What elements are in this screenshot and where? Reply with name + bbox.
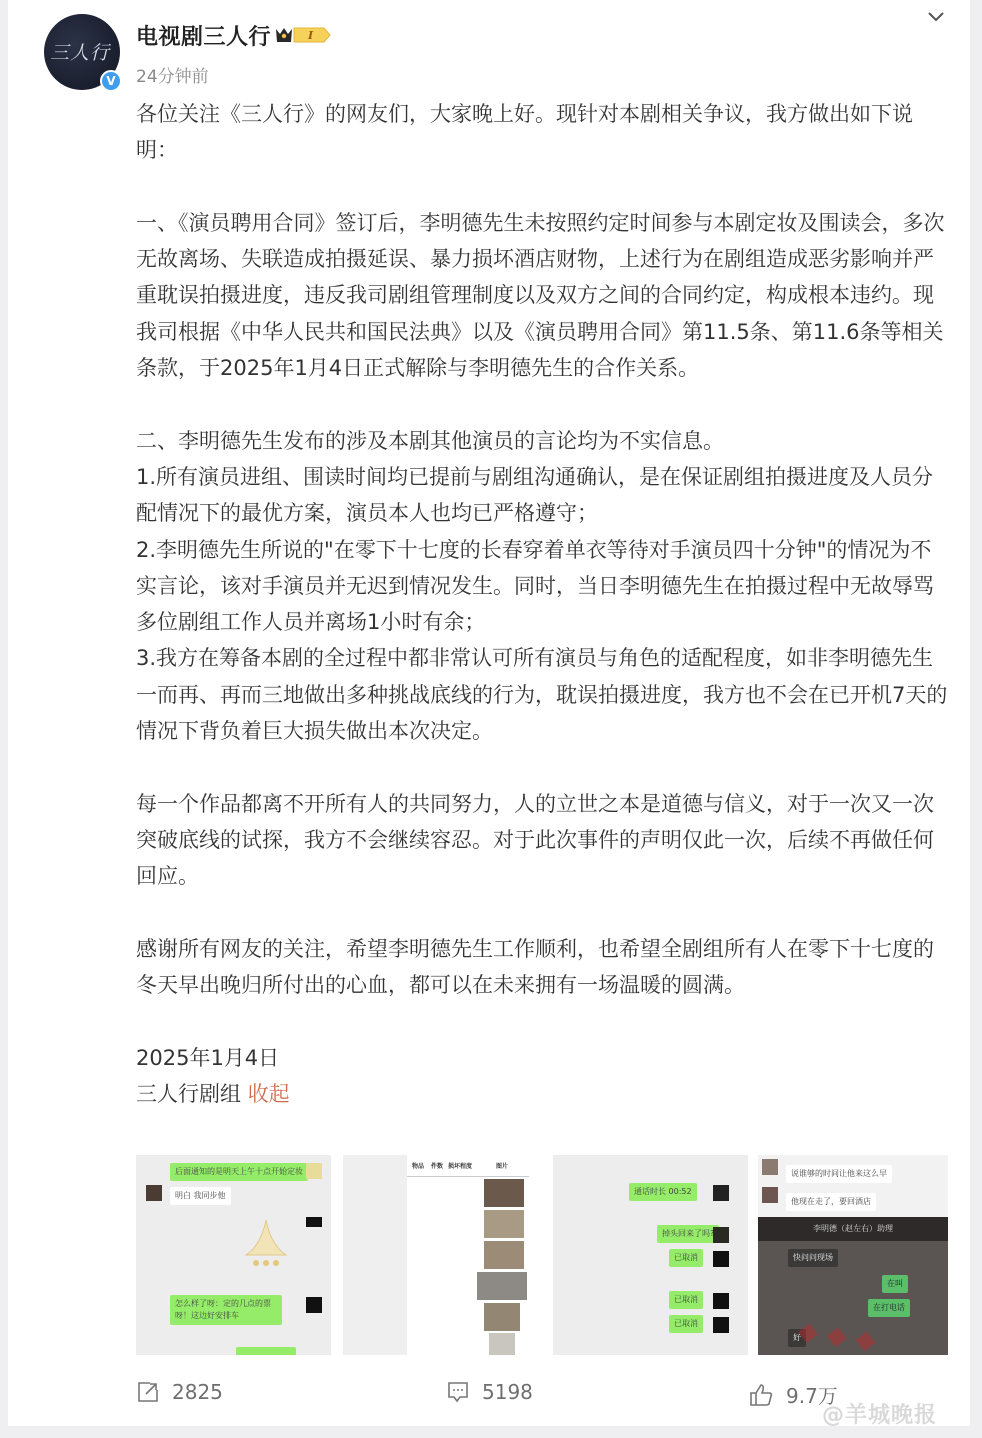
chat-bubble: 说谁够的时间让他来这么早 — [786, 1165, 892, 1183]
collapse-link[interactable]: 收起 — [248, 1082, 290, 1106]
repost-button[interactable]: 2825 — [136, 1380, 223, 1404]
damage-photo — [484, 1303, 520, 1331]
paragraph-section-two-heading: 二、李明德先生发布的涉及本剧其他演员的言论均为不实信息。 — [136, 423, 948, 459]
chevron-down-icon[interactable] — [926, 10, 946, 24]
thumbs-up-icon — [748, 1382, 774, 1408]
image-thumbnail-4[interactable]: 说谁够的时间让他来这么早 他现在走了，要回酒店 李明德（赵左右）助理 快问问现场… — [758, 1155, 948, 1355]
dark-chat-screenshot: 李明德（赵左右）助理 快问问现场 在叫 在打电话 好 ◆ ◆ ◆ — [758, 1217, 948, 1355]
source-watermark: @羊城晚报 — [822, 1398, 937, 1429]
image-thumbnail-1[interactable]: 后面通知的是明天上午十点开始定妆 明白 我同步他 怎么样了呀：定的几点的票呀！这… — [136, 1155, 331, 1355]
table-header: 图片 — [475, 1161, 529, 1170]
image-thumbnail-3[interactable]: 通话时长 00:52 掉头回来了吗? 已取消 已取消 已取消 — [553, 1155, 748, 1355]
chat-avatar — [762, 1187, 778, 1203]
damage-photo — [484, 1179, 524, 1207]
post-timestamp: 24分钟前 — [136, 62, 209, 87]
damage-photo — [477, 1272, 527, 1300]
sticker-image — [236, 1215, 296, 1270]
chat-avatar — [713, 1293, 729, 1309]
chat-bubble: 怎么样了呀：定的几点的票呀！这边好安排车 — [170, 1295, 282, 1325]
chat-avatar — [713, 1251, 729, 1267]
chat-bubble: 通话时长 00:52 — [629, 1183, 697, 1201]
paragraph-closing: 每一个作品都离不开所有人的共同努力，人的立世之本是道德与信义，对于一次又一次突破… — [136, 786, 948, 895]
chat-bubble: 已取消 — [669, 1249, 703, 1267]
repost-icon — [136, 1380, 160, 1404]
chat-bubble: 快问问现场 — [788, 1249, 838, 1267]
table-header: 损坏程度 — [445, 1161, 475, 1170]
weibo-post-card: 三人行 V 电视剧三人行 I 24分钟前 各位关注《三人行》的网友们，大家晚上好… — [8, 0, 970, 1426]
comment-icon — [446, 1380, 470, 1404]
table-header: 件数 — [429, 1161, 445, 1170]
redacted-block — [306, 1297, 322, 1313]
paragraph-point-2: 2.李明德先生所说的"在零下十七度的长春穿着单衣等待对手演员四十分钟"的情况为不… — [136, 532, 948, 641]
damage-photo — [484, 1210, 524, 1238]
chat-bubble: 后面通知的是明天上午十点开始定妆 — [170, 1163, 308, 1181]
damage-table: 物品 件数 损坏程度 图片 — [407, 1155, 529, 1355]
chat-bubble: 他现在走了，要回酒店 — [786, 1193, 876, 1211]
author-name[interactable]: 电视剧三人行 — [136, 20, 271, 51]
chat-bubble: 已取消 — [669, 1291, 703, 1309]
chat-avatar — [146, 1185, 162, 1201]
chat-bubble: 在叫 — [882, 1275, 908, 1293]
signature: 三人行剧组 — [136, 1082, 241, 1106]
comment-count: 5198 — [482, 1380, 533, 1404]
damage-photo — [489, 1333, 515, 1355]
verified-badge-icon: V — [100, 70, 122, 92]
damage-photo — [484, 1241, 524, 1269]
signature-line: 三人行剧组 收起 — [136, 1076, 948, 1112]
image-grid: 后面通知的是明天上午十点开始定妆 明白 我同步他 怎么样了呀：定的几点的票呀！这… — [136, 1155, 946, 1355]
chat-title: 李明德（赵左右）助理 — [758, 1217, 948, 1241]
chat-avatar — [306, 1163, 322, 1179]
chat-avatar — [762, 1159, 778, 1175]
chat-avatar — [713, 1185, 729, 1201]
chat-avatar — [713, 1227, 729, 1243]
paragraph-point-3: 3.我方在筹备本剧的全过程中都非常认可所有演员与角色的适配程度，如非李明德先生一… — [136, 640, 948, 749]
chat-bubble: 已取消 — [669, 1315, 703, 1333]
chat-bubble: 明白 我同步他 — [170, 1187, 231, 1205]
paragraph-point-1: 1.所有演员进组、围读时间均已提前与剧组沟通确认，是在保证剧组拍摄进度及人员分配… — [136, 459, 948, 532]
comment-button[interactable]: 5198 — [446, 1380, 533, 1404]
member-level-text: I — [307, 29, 314, 42]
image-thumbnail-2[interactable]: 物品 件数 损坏程度 图片 — [343, 1155, 539, 1355]
chat-avatar — [713, 1317, 729, 1333]
post-date: 2025年1月4日 — [136, 1040, 948, 1076]
chat-bubble-partial — [236, 1347, 296, 1355]
chat-bubble: 在打电话 — [868, 1299, 910, 1317]
paragraph-thanks: 感谢所有网友的关注，希望李明德先生工作顺利，也希望全剧组所有人在零下十七度的冬天… — [136, 931, 948, 1004]
watermark-stamp: ◆ ◆ ◆ — [796, 1316, 878, 1355]
redacted-block — [306, 1217, 322, 1227]
avatar-logo-text: 三人行 — [50, 38, 110, 65]
table-header: 物品 — [407, 1161, 429, 1170]
member-crown-badge-icon[interactable]: I — [274, 25, 332, 45]
paragraph-intro: 各位关注《三人行》的网友们，大家晚上好。现针对本剧相关争议，我方做出如下说明： — [136, 96, 948, 169]
chat-bubble: 掉头回来了吗? — [657, 1225, 719, 1243]
paragraph-section-one: 一、《演员聘用合同》签订后，李明德先生未按照约定时间参与本剧定妆及围读会，多次无… — [136, 205, 948, 386]
chat-column — [343, 1155, 407, 1355]
repost-count: 2825 — [172, 1380, 223, 1404]
post-body: 各位关注《三人行》的网友们，大家晚上好。现针对本剧相关争议，我方做出如下说明： … — [136, 96, 948, 1112]
